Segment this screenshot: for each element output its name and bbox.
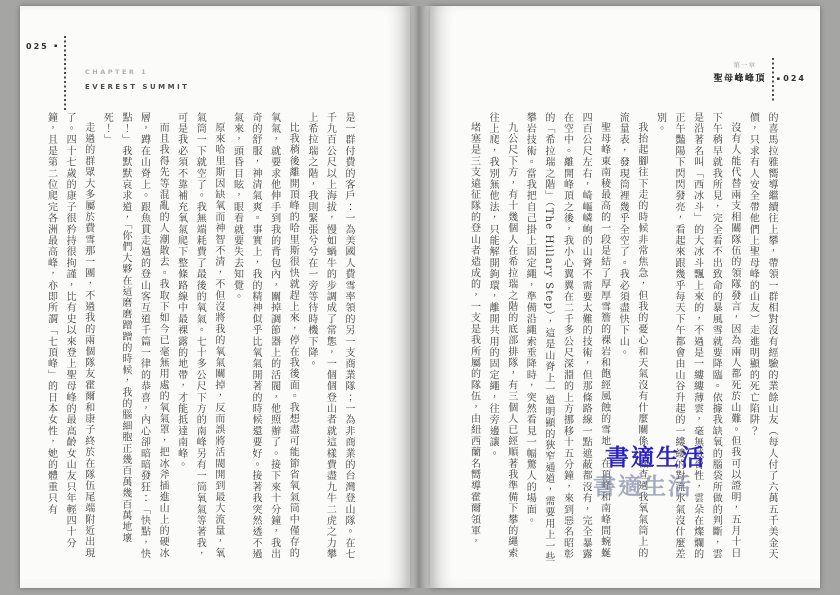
- paragraph: 原來哈里斯因缺氧而神智不清，不但沒將我的氧氣關掉，反而誤將活閥開到最大流量，氧氣…: [171, 112, 227, 568]
- zh-chapter-title: 聖母峰峰頂: [713, 71, 766, 84]
- paragraph: 是一群付費的客戶：一為美國人費雪率領的另一支商業隊；一為非商業的台灣登山隊。在七…: [301, 112, 357, 568]
- right-page: 第一章 聖母峰峰頂 ▪ 024 的喜馬拉雅嚮導繼續往上攀，帶領一群相對沒有經驗的…: [430, 6, 820, 588]
- right-header-ornament-rule: [772, 58, 774, 102]
- left-page-body-text: 是一群付費的客戶：一為美國人費雪率領的另一支商業隊；一為非商業的台灣登山隊。在七…: [41, 112, 357, 568]
- paragraph: 而且我得先等混亂的人潮散去。我取下如今已毫無用處的氧氣罩，把冰斧插進山上的硬冰層…: [97, 112, 171, 568]
- paragraph: 堵塞是三支遠征隊的登山者造成的，一支是我所屬的隊伍，由紐西蘭名嚮導霍爾領軍，: [464, 112, 483, 568]
- chapter-block: CHAPTER 1 EVEREST SUMMIT: [85, 68, 189, 91]
- right-header-bullet: ▪: [777, 76, 780, 82]
- left-page: 025 ▪ CHAPTER 1 EVEREST SUMMIT 是一群付費的客戶：…: [20, 6, 410, 588]
- left-header-bullet: ▪: [54, 43, 57, 49]
- chapter-label: CHAPTER 1: [85, 68, 189, 76]
- page-gutter: [410, 6, 430, 588]
- chapter-title: EVEREST SUMMIT: [85, 83, 189, 91]
- paragraph: 我抬起腳往下走的時候非常焦急，但我的憂心和天氣沒有什麼關係。檢查過我氧氣筒上的流…: [613, 112, 650, 568]
- left-page-header: 025 ▪ CHAPTER 1 EVEREST SUMMIT: [26, 36, 226, 116]
- left-page-number: 025: [26, 42, 49, 51]
- right-page-header: 第一章 聖母峰峰頂 ▪ 024: [686, 58, 806, 108]
- book-scan-spread: { "left_page": { "page_number": "025", "…: [0, 0, 840, 595]
- book-spread: 025 ▪ CHAPTER 1 EVEREST SUMMIT 是一群付費的客戶：…: [20, 6, 820, 588]
- paragraph: 九公尺下方，有十幾個人在希拉瑞之階的底部排隊，有三個人已經順著我準備下攀的繩索往…: [483, 112, 520, 568]
- paragraph: 聖母峰東南稜最高的一段是結了厚厚雪簷的裸岩和飽經風蝕的雪地，在頂峰和南峰間蜿蜒四…: [520, 112, 613, 568]
- paragraph: 沒有人能代替兩支相關隊伍的領隊發言，因為兩人都死於山難。但我可以證明，五月十日下…: [650, 112, 743, 568]
- right-page-number: 024: [783, 74, 806, 83]
- paragraph: 的喜馬拉雅嚮導繼續往上攀，帶領一群相對沒有經驗的業餘山友（每人付了六萬五千美金天…: [743, 112, 780, 568]
- paragraph: 比我稍後離開頂峰的哈里斯很快就趕上來，停在我後面。我想盡可能節省氧氣筒中僅存的氧…: [227, 112, 301, 568]
- left-header-ornament-rule: [64, 36, 66, 112]
- paragraph: 走過的群眾大多屬於費雪那一團，不過我的兩個隊友霍爾和康子終於在隊伍尾端附近出現了…: [41, 112, 97, 568]
- right-page-body-text: 的喜馬拉雅嚮導繼續往上攀，帶領一群相對沒有經驗的業餘山友（每人付了六萬五千美金天…: [464, 112, 780, 568]
- zh-chapter-label: 第一章: [734, 60, 757, 69]
